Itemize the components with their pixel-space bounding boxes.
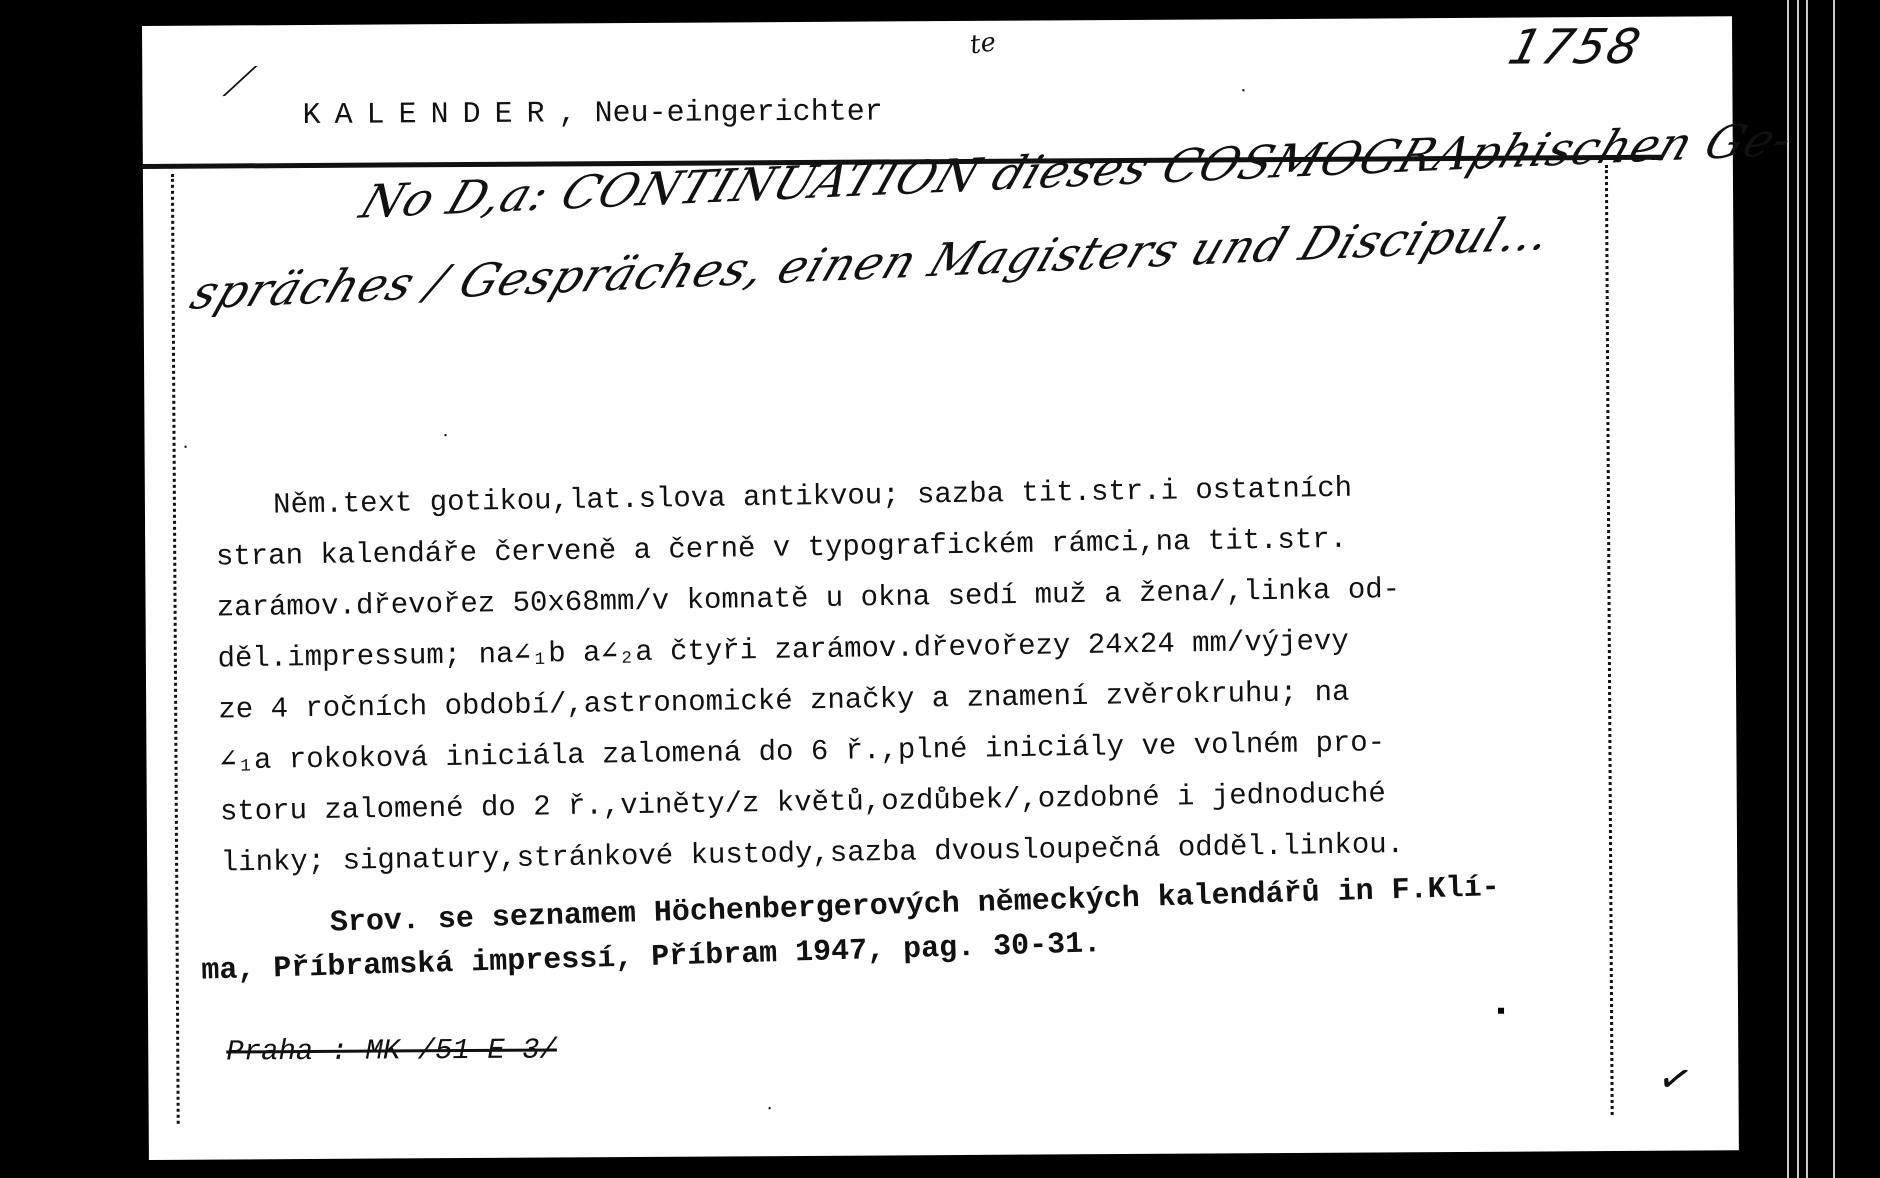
struck-location: Praha : MK /51 E 3/ — [226, 1033, 557, 1068]
scanner-stripe — [1833, 0, 1835, 1178]
shelf-number: 1758 — [1503, 19, 1648, 76]
scan-speck — [444, 434, 446, 436]
scanner-stripe — [1797, 0, 1799, 1178]
catalog-card: ⟋KALENDER, Neu-eingerichter te 1758 No D… — [142, 16, 1739, 1160]
check-mark-icon: ✓ — [1653, 1053, 1697, 1106]
scan-speck — [769, 1107, 771, 1109]
scan-speck — [185, 446, 187, 448]
handwritten-insertion: te — [968, 27, 998, 60]
heading-correction-mark: ⟋ — [222, 59, 250, 105]
heading-initial: K — [302, 99, 334, 133]
description-paragraph: Něm.text gotikou,lat.slova antikvou; saz… — [215, 458, 1641, 888]
heading-subtitle: , Neu-eingerichter — [559, 95, 883, 131]
scan-speck — [1242, 89, 1244, 91]
left-margin-line — [171, 174, 180, 1124]
card-heading: ⟋KALENDER, Neu-eingerichter — [230, 61, 883, 167]
heading-title: ALENDER — [334, 97, 558, 132]
scan-speck — [1498, 1008, 1504, 1014]
scanner-stripe — [1806, 0, 1808, 1178]
scanner-stripe — [1787, 0, 1789, 1178]
